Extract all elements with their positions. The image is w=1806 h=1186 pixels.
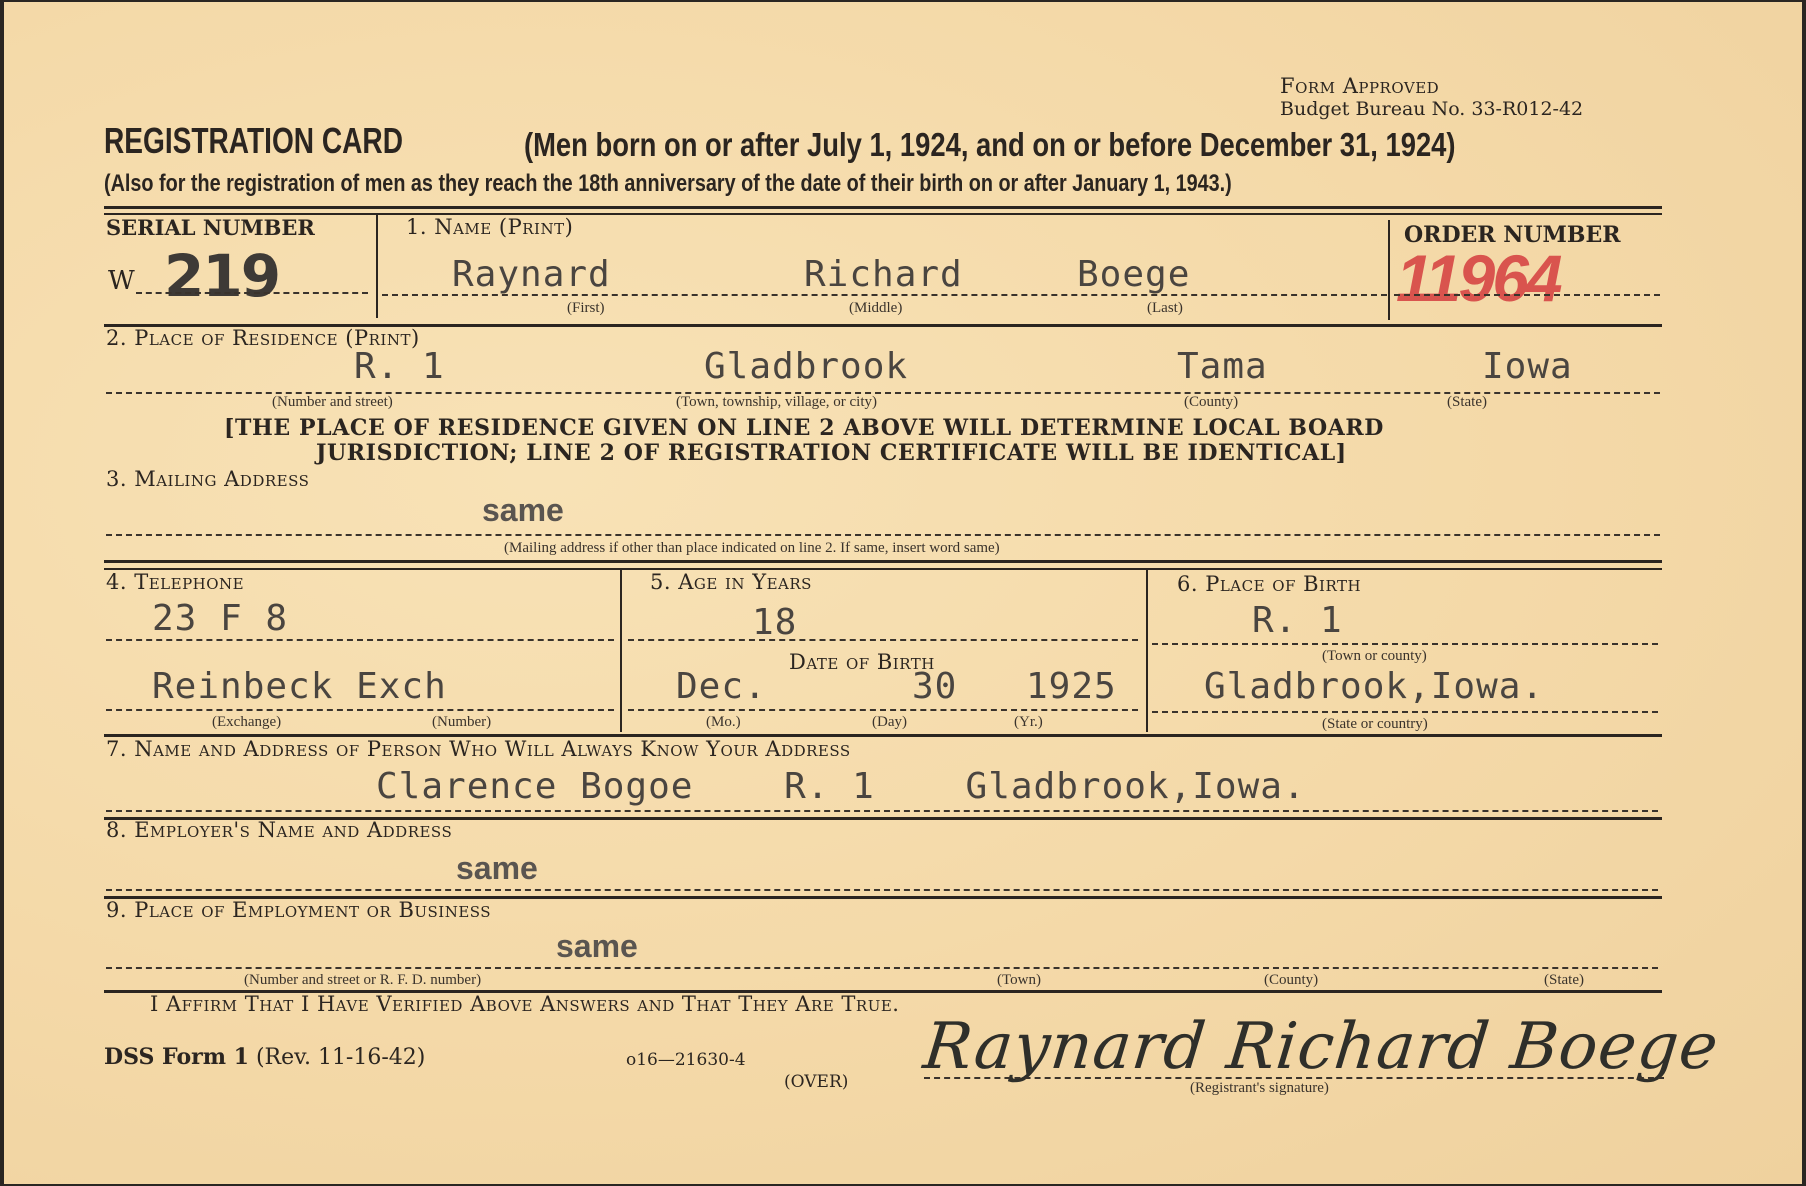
middle-caption: (Middle) xyxy=(849,300,902,317)
dashed-line xyxy=(1152,643,1658,645)
birth-year-value[interactable]: 1925 xyxy=(1026,666,1117,707)
dashed-line xyxy=(106,709,614,711)
divider xyxy=(1388,220,1390,320)
dashed-line xyxy=(1394,294,1660,296)
birthplace-state-caption: (State or country) xyxy=(1322,716,1428,733)
residence-state-value[interactable]: Iowa xyxy=(1482,346,1573,387)
middle-name-value[interactable]: Richard xyxy=(804,254,963,295)
last-name-value[interactable]: Boege xyxy=(1077,254,1190,295)
name-label: 1. Name (Print) xyxy=(406,215,573,239)
dashed-line xyxy=(628,639,1138,641)
divider xyxy=(1146,570,1148,732)
rule xyxy=(104,568,1662,570)
serial-prefix: W xyxy=(108,266,135,296)
card-subtitle: (Men born on or after July 1, 1924, and … xyxy=(524,126,1456,164)
residence-county-value[interactable]: Tama xyxy=(1177,346,1268,387)
affirmation-text: I Affirm That I Have Verified Above Answ… xyxy=(150,992,899,1016)
state-caption: (State) xyxy=(1447,394,1487,411)
card-subtitle-2: (Also for the registration of men as the… xyxy=(104,170,1232,198)
employer-value[interactable]: same xyxy=(456,850,538,887)
birthplace-town-value[interactable]: R. 1 xyxy=(1252,600,1343,641)
form-approved: Form Approved xyxy=(1280,74,1439,98)
first-caption: (First) xyxy=(567,300,605,317)
age-value[interactable]: 18 xyxy=(752,602,797,643)
birth-month-value[interactable]: Dec. xyxy=(676,666,767,707)
county-caption: (County) xyxy=(1184,394,1238,411)
dashed-line xyxy=(106,967,1658,969)
dashed-line xyxy=(106,889,1658,891)
dashed-line xyxy=(924,1077,1664,1079)
employer-label: 8. Employer's Name and Address xyxy=(106,818,452,842)
signature-caption: (Registrant's signature) xyxy=(1190,1080,1329,1097)
month-caption: (Mo.) xyxy=(706,714,741,731)
mailing-caption: (Mailing address if other than place ind… xyxy=(504,540,1000,557)
budget-bureau-number: Budget Bureau No. 33-R012-42 xyxy=(1280,98,1583,120)
rule xyxy=(104,206,1662,209)
year-caption: (Yr.) xyxy=(1014,714,1043,731)
rule xyxy=(104,213,1662,215)
telephone-label: 4. Telephone xyxy=(106,570,244,594)
rule xyxy=(104,560,1662,563)
birth-day-value[interactable]: 30 xyxy=(912,666,957,707)
over-label: (OVER) xyxy=(784,1072,848,1092)
registration-card: Form Approved Budget Bureau No. 33-R012-… xyxy=(4,2,1802,1184)
employment-value[interactable]: same xyxy=(556,928,638,965)
birthplace-town-caption: (Town or county) xyxy=(1322,648,1427,665)
serial-number-value[interactable]: 219 xyxy=(164,242,279,310)
form-id-text: DSS Form 1 xyxy=(104,1044,249,1070)
dashed-line xyxy=(106,810,1658,812)
town-caption: (Town, township, village, or city) xyxy=(676,394,877,411)
first-name-value[interactable]: Raynard xyxy=(452,254,611,295)
number-caption: (Number) xyxy=(432,714,491,731)
birthplace-label: 6. Place of Birth xyxy=(1177,572,1361,596)
employment-street-caption: (Number and street or R. F. D. number) xyxy=(244,972,481,989)
dashed-line xyxy=(106,639,614,641)
residence-notice-line2: JURISDICTION; LINE 2 OF REGISTRATION CER… xyxy=(316,440,1347,466)
telephone-exchange-value[interactable]: Reinbeck Exch xyxy=(152,666,447,707)
divider xyxy=(376,214,378,318)
dashed-line xyxy=(382,294,1387,296)
residence-notice-line1: [THE PLACE OF RESIDENCE GIVEN ON LINE 2 … xyxy=(224,415,1384,441)
contact-value[interactable]: Clarence Bogoe R. 1 Gladbrook,Iowa. xyxy=(376,766,1306,807)
mailing-value[interactable]: same xyxy=(482,492,564,529)
serial-number-label: SERIAL NUMBER xyxy=(106,215,315,240)
order-number-value[interactable]: 11964 xyxy=(1396,240,1560,316)
contact-label: 7. Name and Address of Person Who Will A… xyxy=(106,737,851,761)
dashed-line xyxy=(628,709,1138,711)
employment-label: 9. Place of Employment or Business xyxy=(106,898,491,922)
form-revision: (Rev. 11-16-42) xyxy=(256,1045,425,1070)
mailing-label: 3. Mailing Address xyxy=(106,467,309,491)
exchange-caption: (Exchange) xyxy=(212,714,281,731)
employment-county-caption: (County) xyxy=(1264,972,1318,989)
divider xyxy=(620,570,622,732)
card-title: REGISTRATION CARD xyxy=(104,120,403,162)
street-caption: (Number and street) xyxy=(272,394,393,411)
birthplace-state-value[interactable]: Gladbrook,Iowa. xyxy=(1204,666,1544,707)
employment-state-caption: (State) xyxy=(1544,972,1584,989)
form-id: DSS Form 1 (Rev. 11-16-42) xyxy=(104,1044,425,1070)
dashed-line xyxy=(106,534,1660,536)
dashed-line xyxy=(1152,711,1658,713)
print-code: o16—21630-4 xyxy=(626,1050,746,1070)
age-label: 5. Age in Years xyxy=(650,570,812,594)
dashed-line xyxy=(136,292,368,294)
residence-town-value[interactable]: Gladbrook xyxy=(704,346,908,387)
last-caption: (Last) xyxy=(1147,300,1183,317)
residence-street-value[interactable]: R. 1 xyxy=(354,346,445,387)
employment-town-caption: (Town) xyxy=(997,972,1041,989)
telephone-number-value[interactable]: 23 F 8 xyxy=(152,598,288,639)
day-caption: (Day) xyxy=(872,714,907,731)
registrant-signature[interactable]: Raynard Richard Boege xyxy=(920,1010,1722,1084)
